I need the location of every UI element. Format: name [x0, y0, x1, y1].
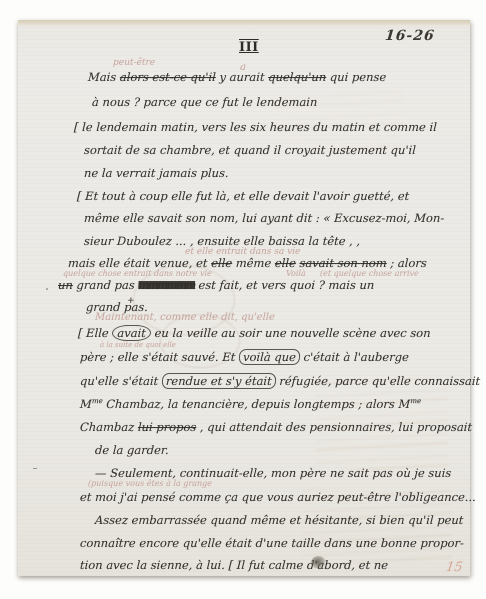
manuscript-line: ne la verrait jamais plus.: [84, 166, 229, 180]
ink-blot: [311, 556, 326, 569]
text-segment: réfugiée, parce qu'elle connaissait: [275, 374, 480, 388]
section-heading: III: [239, 40, 259, 55]
text-segment: c'était à l'auberge: [300, 350, 410, 364]
text-segment: Assez embarrassée quand même et hésitant…: [95, 513, 464, 527]
text-segment: eu la veille au soir une nouvelle scène …: [151, 326, 431, 340]
pencil-annotation: (et quelque chose arrive: [320, 269, 419, 278]
manuscript-line: sieur Duboulez ... , ensuite elle baissa…: [84, 234, 361, 248]
manuscript-line: Mais alors est-ce qu'il y aurait quelqu'…: [88, 70, 387, 84]
manuscript-line: père ; elle s'était sauvé. Et voilà que …: [80, 350, 410, 364]
text-segment: tion avec la sienne, à lui. [ Il fut cal…: [80, 558, 389, 572]
text-segment: [ le lendemain matin, vers les six heure…: [74, 120, 438, 134]
text-segment: rendue et s'y était: [161, 373, 276, 389]
text-segment: un: [58, 278, 74, 292]
text-segment: qui pense: [326, 70, 387, 84]
text-segment: sortait de sa chambre, et quand il croya…: [84, 143, 417, 157]
text-segment: est fait, et vers quoi ? mais un: [194, 278, 374, 292]
text-segment: y aurait: [215, 70, 268, 84]
manuscript-line: sortait de sa chambre, et quand il croya…: [84, 143, 417, 157]
text-segment: Mais: [88, 70, 121, 84]
manuscript-line: [ Et tout à coup elle fut là, et elle de…: [77, 189, 410, 203]
manuscript-page: 16-26 III peut-êtreaMais alors est-ce qu…: [18, 20, 470, 576]
text-segment: père ; elle s'était sauvé. Et: [80, 350, 240, 364]
manuscript-line: mais elle était venue, et elle même elle…: [68, 256, 427, 270]
text-segment: — Seulement, continuait-elle, mon père n…: [95, 466, 452, 480]
text-segment: peut-être: [113, 58, 156, 68]
text-segment: Maintenant, comme elle dit, qu'elle: [95, 312, 275, 323]
text-segment: grand pas: [72, 278, 138, 292]
text-segment: [ Et tout à coup elle fut là, et elle de…: [77, 189, 410, 203]
text-segment: qu'elle s'était: [80, 374, 163, 388]
text-segment: elle: [211, 256, 233, 270]
text-segment: quelque chose entrait dans notre vie: [63, 269, 212, 278]
paper-top-edge: [18, 20, 470, 26]
scanned-manuscript-photo: { "page": { "top_right_number": "16-26",…: [0, 0, 486, 599]
text-segment: ne la verrait jamais plus.: [84, 166, 229, 180]
text-segment: lui propos: [138, 420, 197, 434]
text-segment: Chambaz, la tenancière, depuis longtemps…: [102, 397, 410, 411]
text-segment: sieur Duboulez ... , ensuite elle baissa…: [84, 234, 361, 248]
text-segment: elle: [275, 256, 297, 270]
manuscript-line: Assez embarrassée quand même et hésitant…: [95, 513, 464, 527]
manuscript-line: [ Elle avait eu la veille au soir une no…: [78, 326, 431, 340]
text-segment: avait: [112, 325, 151, 341]
manuscript-line: et moi j'ai pensé comme ça que vous auri…: [80, 490, 477, 504]
manuscript-line: de la garder.: [95, 443, 170, 457]
pencil-annotation: Voilà: [286, 269, 306, 278]
text-segment: à la suite de quoi elle: [100, 341, 176, 349]
text-segment: , qui attendait des pensionnaires, lui p…: [196, 420, 472, 434]
text-segment: à nous ? parce que ce fut le lendemain: [92, 95, 318, 109]
text-segment: mmmmmm: [138, 278, 195, 292]
text-segment: savait son nom: [299, 256, 387, 270]
text-segment: [ Elle: [78, 326, 113, 340]
manuscript-line: Mme Chambaz, la tenancière, depuis longt…: [80, 397, 422, 411]
text-segment: Chambaz: [80, 420, 139, 434]
text-segment: (puisque vous êtes à la grange: [88, 479, 212, 488]
paper-speck: [46, 288, 48, 290]
text-segment: même elle savait son nom, lui ayant dit …: [84, 211, 445, 225]
pencil-annotation: peut-être: [113, 58, 156, 68]
text-segment: de la garder.: [95, 443, 170, 457]
text-segment: Voilà: [286, 269, 306, 278]
text-segment: me: [410, 397, 421, 405]
manuscript-line: un grand pas mmmmmm est fait, et vers qu…: [58, 278, 375, 292]
text-segment: connaître encore qu'elle était d'une tai…: [80, 536, 465, 550]
pencil-annotation: Maintenant, comme elle dit, qu'elle: [95, 312, 275, 323]
text-segment: voilà que: [239, 349, 301, 365]
manuscript-line: tion avec la sienne, à lui. [ Il fut cal…: [80, 558, 389, 572]
text-segment: même: [232, 256, 275, 270]
text-segment: (et quelque chose arrive: [320, 269, 419, 278]
pencil-annotation: (puisque vous êtes à la grange: [88, 479, 212, 488]
manuscript-line: qu'elle s'était rendue et s'y était réfu…: [80, 374, 481, 388]
text-segment: quelqu'un: [268, 70, 327, 84]
manuscript-line: — Seulement, continuait-elle, mon père n…: [95, 466, 452, 480]
text-segment: mais elle était venue, et: [68, 256, 212, 270]
page-number-top: 16-26: [384, 28, 435, 44]
page-number-bottom: 15: [445, 560, 464, 575]
manuscript-line: Chambaz lui propos , qui attendait des p…: [80, 420, 473, 434]
text-segment: me: [92, 397, 103, 405]
pencil-annotation: à la suite de quoi elle: [100, 341, 176, 349]
text-segment: M: [80, 397, 93, 411]
manuscript-line: à nous ? parce que ce fut le lendemain: [92, 95, 318, 109]
text-segment: ; alors: [386, 256, 427, 270]
pencil-annotation: quelque chose entrait dans notre vie: [63, 269, 212, 278]
manuscript-line: même elle savait son nom, lui ayant dit …: [84, 211, 445, 225]
manuscript-line: [ le lendemain matin, vers les six heure…: [74, 120, 438, 134]
manuscript-line: connaître encore qu'elle était d'une tai…: [80, 536, 465, 550]
text-segment: alors est-ce qu'il: [120, 70, 217, 84]
paper-speck: [33, 468, 37, 469]
text-segment: et moi j'ai pensé comme ça que vous auri…: [80, 490, 477, 504]
